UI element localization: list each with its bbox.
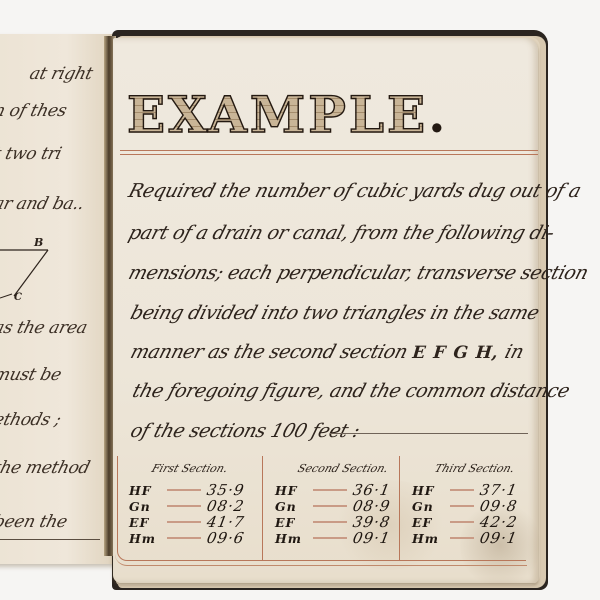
table-row: HF36·1	[263, 482, 399, 498]
leader-line	[450, 489, 474, 491]
body-line: Required the number of cubic yards dug o…	[126, 180, 583, 202]
page-title: EXAMPLE.	[127, 85, 547, 144]
column-heading: First Section.	[148, 462, 256, 482]
row-label: HF	[412, 483, 446, 498]
leader-line	[313, 521, 347, 523]
dash-line	[330, 433, 528, 434]
table-row: EF41·7	[117, 514, 253, 530]
leader-line	[450, 537, 474, 539]
table-row: Gn08·2	[117, 498, 253, 514]
table-row: Gn08·9	[263, 498, 399, 514]
table-row: Gn09·8	[400, 498, 536, 514]
row-value: 09·6	[205, 529, 246, 547]
table-row: HF37·1	[400, 482, 536, 498]
table-row: Hm09·1	[263, 530, 399, 546]
table-row: Hm09·6	[117, 530, 253, 546]
row-label: Hm	[275, 531, 309, 546]
table-column-third-section: Third Section. HF37·1 Gn09·8 EF42·2 Hm09…	[400, 462, 536, 546]
body-line-text: manner as the second section	[128, 341, 410, 363]
column-heading: Second Section.	[294, 462, 402, 482]
diagram-label-c: C	[14, 292, 22, 302]
table-row: EF42·2	[400, 514, 536, 530]
body-line-with-reference: manner as the second section E F G H, in	[128, 341, 526, 363]
open-manuscript-book: at right n of thes t two tri ar and ba..…	[0, 0, 600, 600]
leader-line	[313, 537, 347, 539]
title-rule-upper	[120, 150, 538, 151]
leader-line	[313, 505, 347, 507]
leader-line	[313, 489, 347, 491]
row-label: EF	[412, 515, 446, 530]
leader-line	[167, 521, 201, 523]
leader-line	[167, 537, 201, 539]
table-row: HF35·9	[117, 482, 253, 498]
left-page-line: the method	[0, 458, 92, 478]
title-rule-lower	[120, 154, 538, 155]
leader-line	[450, 521, 474, 523]
row-label: Hm	[129, 531, 163, 546]
table-row: EF39·8	[263, 514, 399, 530]
body-line: of the sections 100 feet :	[128, 420, 362, 442]
left-page-line: ar and ba..	[0, 194, 86, 214]
leader-line	[450, 505, 474, 507]
leader-line	[167, 489, 201, 491]
left-page-line: must be	[0, 365, 63, 385]
row-label: HF	[275, 483, 309, 498]
left-page-line: at right	[28, 64, 95, 84]
section-reference: E F G H,	[409, 343, 502, 363]
body-line: being divided into two triangles in the …	[128, 302, 542, 324]
left-page-line: t two tri	[0, 144, 63, 164]
body-line: mensions; each perpendicular, transverse…	[126, 262, 591, 284]
body-line: the foregoing figure, and the common dis…	[130, 380, 572, 402]
row-label: Gn	[275, 499, 309, 514]
table-row: Hm09·1	[400, 530, 536, 546]
title-text: EXAMPLE	[127, 85, 428, 144]
row-label: Hm	[412, 531, 446, 546]
left-page-line: n of thes	[0, 101, 69, 121]
column-heading: Third Section.	[431, 462, 539, 482]
row-label: EF	[129, 515, 163, 530]
row-label: EF	[275, 515, 309, 530]
leader-line	[167, 505, 201, 507]
table-column-first-section: First Section. HF35·9 Gn08·2 EF41·7 Hm09…	[117, 462, 253, 546]
row-label: Gn	[412, 499, 446, 514]
row-value: 09·1	[478, 529, 519, 547]
row-label: Gn	[129, 499, 163, 514]
body-line: part of a drain or canal, from the follo…	[126, 222, 557, 244]
diagram-label-b: B	[33, 236, 43, 249]
left-page-line: been the	[0, 512, 69, 532]
left-page-dash-line	[0, 539, 100, 540]
left-page-line: as the area	[0, 318, 89, 338]
sections-table: First Section. HF35·9 Gn08·2 EF41·7 Hm09…	[117, 456, 537, 574]
row-value: 09·1	[351, 529, 392, 547]
title-period: .	[428, 85, 448, 144]
table-column-second-section: Second Section. HF36·1 Gn08·9 EF39·8 Hm0…	[263, 462, 399, 546]
left-page-line: ethods ;	[0, 410, 63, 430]
row-label: HF	[129, 483, 163, 498]
trapezoid-diagram: B C	[0, 232, 60, 302]
